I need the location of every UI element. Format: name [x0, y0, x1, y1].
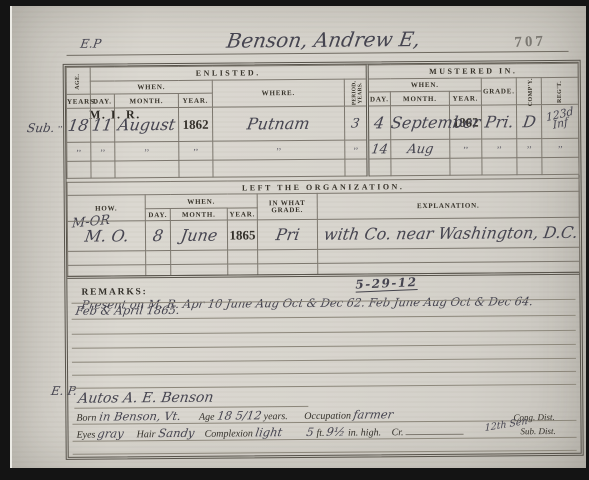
remarks-label: REMARKS:: [81, 287, 147, 298]
left-org-year-entry: 1865: [229, 227, 255, 242]
in-high-label: in. high.: [348, 427, 381, 438]
mustered-month-entry: September: [390, 112, 482, 132]
ditto-mark: ’’: [100, 148, 105, 158]
enlisted-year-header: YEAR.: [178, 93, 212, 107]
empty-cell: [146, 251, 171, 265]
enlisted-where-ditto: ’’: [213, 140, 345, 160]
cr-label: Cr.: [392, 427, 404, 438]
remarks-line-2: Feb & April 1865.: [76, 303, 180, 318]
ruled-line: [72, 330, 576, 335]
empty-cell: [368, 159, 391, 176]
enlisted-day-header: DAY.: [90, 94, 114, 108]
enlisted-month-header: MONTH.: [114, 93, 178, 108]
hair-value: Sandy: [157, 426, 195, 440]
enlisted-month-ditto: ’’: [115, 141, 179, 161]
age-value: 18 5/12: [216, 408, 262, 422]
ruled-line: [72, 371, 576, 376]
enlisted-day-ditto: ’’: [91, 142, 115, 161]
mustered-day-entry: 4: [373, 113, 386, 132]
age-header-text: AGE.: [75, 74, 81, 90]
left-org-day-entry: 8: [151, 226, 164, 245]
enlisted-day-entry: 11: [91, 115, 114, 134]
age-value: 18: [66, 108, 90, 142]
years-suffix-label: years.: [264, 411, 288, 422]
empty-cell: [228, 250, 258, 264]
mustered-day-entry-2: 14: [370, 142, 389, 157]
regiment-ditto: ’’: [542, 138, 579, 157]
left-org-row-1: M. O. 8 June 1865 Pri with Co. near Wash…: [67, 217, 579, 251]
mustered-month-value: September: [390, 105, 449, 139]
autograph-line: Autos A. E. Benson: [77, 390, 215, 407]
hair-label: Hair: [137, 429, 156, 440]
empty-cell: [91, 161, 115, 178]
left-org-when-header: WHEN.: [145, 194, 257, 209]
empty-cell: [67, 161, 91, 178]
grade-header: GRADE.: [481, 78, 516, 105]
grade-value: Pri.: [481, 105, 516, 139]
sub-text: Sub.: [26, 121, 56, 135]
company-header: COMP'Y.: [516, 78, 541, 105]
regiment-value: 123dInf: [541, 104, 578, 138]
height-ft-value: 5: [306, 425, 315, 439]
how-entry: M. O.: [83, 226, 130, 245]
age-header: AGE.: [66, 67, 90, 94]
company-entry: D: [521, 112, 537, 131]
eyes-label: Eyes: [77, 430, 96, 441]
enlisted-year-entry: 1862: [183, 116, 209, 131]
regiment-header-text: REG'T.: [557, 81, 563, 103]
ditto-mark: ’’: [76, 148, 81, 158]
remarks-text-2: Feb & April 1865.: [75, 303, 181, 318]
company-header-text: COMP'Y.: [528, 78, 534, 106]
enlisted-where-entry: Putnam: [246, 113, 311, 133]
height-in-value: 9½: [326, 425, 347, 439]
empty-cell: [450, 158, 482, 175]
empty-cell: [258, 249, 318, 263]
enlisted-year-ditto: ’’: [179, 141, 213, 160]
regiment-entry: 123dInf: [546, 108, 575, 132]
ruled-line: [72, 344, 576, 349]
record-card: E.P Benson, Andrew E, 707 M. I. R. Sub. …: [10, 6, 586, 468]
left-org-grade-entry: Pri: [274, 224, 300, 243]
margin-sub-note: Sub. ’’: [27, 121, 63, 136]
ditto-mark: ’’: [527, 144, 532, 154]
form-frame: AGE. ENLISTED. MUSTERED IN. WHEN. WHERE.…: [63, 60, 584, 460]
empty-cell: [391, 158, 450, 175]
mustered-year-header: YEAR.: [449, 91, 481, 105]
ditto-mark: ’’: [144, 147, 149, 157]
ditto-mark: ’’: [193, 147, 198, 157]
mustered-when-header: WHEN.: [367, 78, 481, 92]
occupation-label: Occupation: [304, 411, 351, 422]
born-value: in Benson, Vt.: [98, 409, 182, 424]
empty-cell: [171, 250, 228, 264]
enlisted-year-value: 1862: [178, 107, 212, 141]
mustered-day-header: DAY.: [367, 92, 390, 106]
empty-cell: [482, 158, 517, 175]
period-ditto: ’’: [345, 140, 368, 159]
period-entry: 3: [350, 116, 361, 131]
left-org-day-header: DAY.: [145, 209, 170, 221]
explanation-value: with Co. near Washington, D.C.: [317, 217, 579, 249]
grade-ditto: ’’: [482, 139, 517, 158]
born-label: Born: [76, 413, 96, 424]
explanation-entry: with Co. near Washington, D.C.: [323, 222, 580, 243]
mustered-month-header: MONTH.: [390, 91, 449, 105]
ditto-mark: ’’: [497, 144, 502, 154]
how-header: HOW.: [67, 195, 145, 222]
empty-cell: [115, 160, 179, 178]
complexion-label: Complexion: [205, 428, 253, 439]
left-org-month-header: MONTH.: [170, 208, 227, 220]
explanation-header: EXPLANATION.: [317, 191, 579, 219]
ruled-line: [73, 450, 577, 455]
empty-cell: [146, 265, 171, 276]
age-years-header: YEARS.: [66, 94, 90, 108]
margin-code-top: E.P: [79, 37, 102, 51]
muster-row-1: 18 11 August 1862 Putnam 3 4 September 1…: [66, 104, 578, 142]
enlisted-when-header: WHEN.: [90, 80, 212, 94]
empty-cell: [345, 159, 368, 176]
left-org-table: LEFT THE ORGANIZATION. HOW. WHEN. IN WHA…: [67, 178, 581, 277]
muster-row-3: [67, 157, 579, 178]
age-label: Age: [199, 412, 215, 423]
left-org-month-value: June: [170, 220, 227, 250]
in-what-grade-header: IN WHAT GRADE.: [257, 193, 317, 219]
eyes-value: gray: [97, 426, 125, 440]
empty-cell: [179, 160, 213, 177]
ditto-mark: ’’: [558, 144, 563, 154]
enlisted-day-value: 11: [90, 108, 114, 142]
period-header-text: PERIOD, YEARS.: [352, 79, 363, 105]
ft-label: ft.: [316, 428, 324, 439]
company-value: D: [516, 105, 541, 139]
age-ditto: ’’: [67, 142, 91, 161]
company-ditto: ’’: [517, 139, 542, 158]
card-content: E.P Benson, Andrew E, 707 M. I. R. Sub. …: [10, 4, 588, 470]
mustered-month-value-2: Aug: [391, 139, 450, 158]
left-org-year-header: YEAR.: [227, 208, 257, 220]
regiment-header: REG'T.: [541, 77, 578, 104]
ruled-line: [72, 384, 576, 389]
enlisted-where-value: Putnam: [212, 106, 344, 141]
mustered-day-value: 4: [367, 106, 390, 140]
complexion-value: light: [254, 425, 283, 439]
ruled-line: [72, 358, 576, 363]
ditto-mark: ’’: [463, 145, 468, 155]
empty-cell: [517, 158, 542, 175]
left-org-grade-value: Pri: [257, 219, 317, 249]
mustered-day-value-2: 14: [368, 140, 391, 159]
sub-dist-label: Sub. Dist.: [520, 426, 555, 436]
cr-blank-line: [406, 426, 464, 435]
mustered-month-entry-2: Aug: [406, 142, 434, 157]
soldier-name: Benson, Andrew E,: [177, 27, 471, 53]
period-value: 3: [344, 106, 367, 140]
left-org-day-value: 8: [145, 221, 170, 251]
empty-cell: [542, 157, 579, 174]
enlisted-month-entry: August: [117, 114, 177, 133]
grade-entry: Pri.: [483, 112, 514, 131]
left-org-month-entry: June: [179, 225, 218, 244]
empty-cell: [213, 159, 345, 177]
enlisted-month-value: August: [114, 107, 178, 142]
empty-cell: [68, 251, 146, 266]
muster-table: AGE. ENLISTED. MUSTERED IN. WHEN. WHERE.…: [66, 63, 580, 179]
age-entry: 18: [67, 115, 90, 134]
mustered-year-ditto: ’’: [450, 139, 482, 158]
occupation-value: farmer: [352, 407, 394, 421]
card-number-stamp: 707: [514, 34, 546, 52]
ditto-mark: ’’: [276, 146, 281, 156]
period-header: PERIOD, YEARS.: [344, 79, 367, 106]
how-value: M. O.: [67, 221, 145, 252]
enlisted-where-header: WHERE.: [212, 79, 344, 107]
left-org-year-value: 1865: [227, 220, 257, 250]
ditto-mark: ’’: [353, 146, 358, 156]
